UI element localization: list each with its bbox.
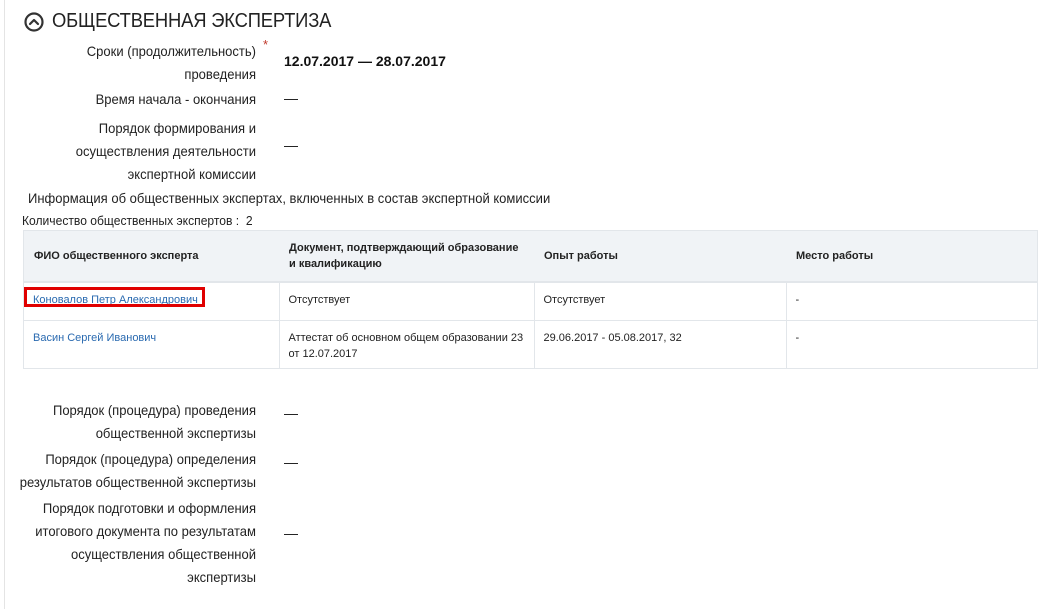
field-value: — bbox=[284, 525, 298, 541]
expert-workplace: - bbox=[786, 282, 1038, 321]
field-final-document-procedure: Порядок подготовки и оформления итоговог… bbox=[0, 497, 600, 589]
field-label: Порядок (процедура) определения результа… bbox=[18, 448, 256, 494]
field-label: Сроки (продолжительность) проведения bbox=[18, 40, 256, 86]
field-label: Порядок подготовки и оформления итоговог… bbox=[18, 497, 256, 589]
required-asterisk: * bbox=[263, 37, 268, 52]
field-value: — bbox=[284, 137, 298, 153]
field-label: Порядок (процедура) проведения обществен… bbox=[18, 399, 256, 445]
section-title: ОБЩЕСТВЕННАЯ ЭКСПЕРТИЗА bbox=[52, 10, 331, 33]
experts-count-value: 2 bbox=[246, 213, 253, 228]
field-label: Порядок формирования и осуществления дея… bbox=[18, 117, 256, 186]
field-results-procedure: Порядок (процедура) определения результа… bbox=[0, 448, 600, 494]
highlight-box bbox=[24, 287, 205, 307]
field-expertise-procedure: Порядок (процедура) проведения обществен… bbox=[0, 399, 600, 445]
expert-document: Отсутствует bbox=[279, 282, 534, 321]
field-value: 12.07.2017 — 28.07.2017 bbox=[284, 53, 446, 69]
column-header-experience: Опыт работы bbox=[534, 231, 786, 283]
column-header-document: Документ, подтверждающий образование и к… bbox=[279, 231, 534, 283]
field-value: — bbox=[284, 454, 298, 470]
expert-workplace: - bbox=[786, 321, 1038, 369]
experts-count: Количество общественных экспертов : 2 bbox=[22, 213, 253, 228]
experts-info-title: Информация об общественных экспертах, вк… bbox=[28, 190, 550, 206]
column-header-workplace: Место работы bbox=[786, 231, 1038, 283]
field-time: Время начала - окончания — bbox=[0, 88, 600, 111]
field-commission-procedure: Порядок формирования и осуществления дея… bbox=[0, 117, 600, 186]
field-duration: Сроки (продолжительность) проведения * 1… bbox=[0, 40, 600, 86]
expert-name-link[interactable]: Васин Сергей Иванович bbox=[33, 332, 156, 344]
field-value: — bbox=[284, 90, 298, 106]
expert-experience: 29.06.2017 - 05.08.2017, 32 bbox=[534, 321, 786, 369]
table-row: Васин Сергей Иванович Аттестат об основн… bbox=[24, 321, 1038, 369]
column-header-name: ФИО общественного эксперта bbox=[24, 231, 280, 283]
expert-experience: Отсутствует bbox=[534, 282, 786, 321]
section-header-toggle[interactable]: ОБЩЕСТВЕННАЯ ЭКСПЕРТИЗА bbox=[24, 10, 356, 33]
expert-document: Аттестат об основном общем образовании 2… bbox=[279, 321, 534, 369]
field-label: Время начала - окончания bbox=[18, 88, 256, 111]
chevron-up-circle-icon[interactable] bbox=[24, 12, 44, 32]
field-value: — bbox=[284, 405, 298, 421]
